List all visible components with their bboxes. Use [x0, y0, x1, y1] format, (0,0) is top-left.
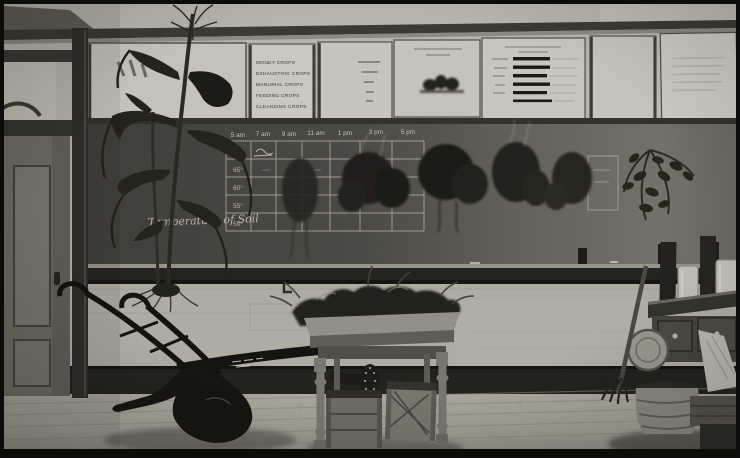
classroom-photograph: MONEY CROPS EXHAUSTING CROPS MANURIAL CR…	[0, 0, 740, 458]
frame-bottom	[0, 449, 740, 458]
frame-right	[736, 0, 740, 458]
left-tone	[0, 0, 120, 458]
frame-top	[0, 0, 740, 4]
frame-left	[0, 0, 4, 458]
photo-canvas: MONEY CROPS EXHAUSTING CROPS MANURIAL CR…	[0, 0, 740, 458]
